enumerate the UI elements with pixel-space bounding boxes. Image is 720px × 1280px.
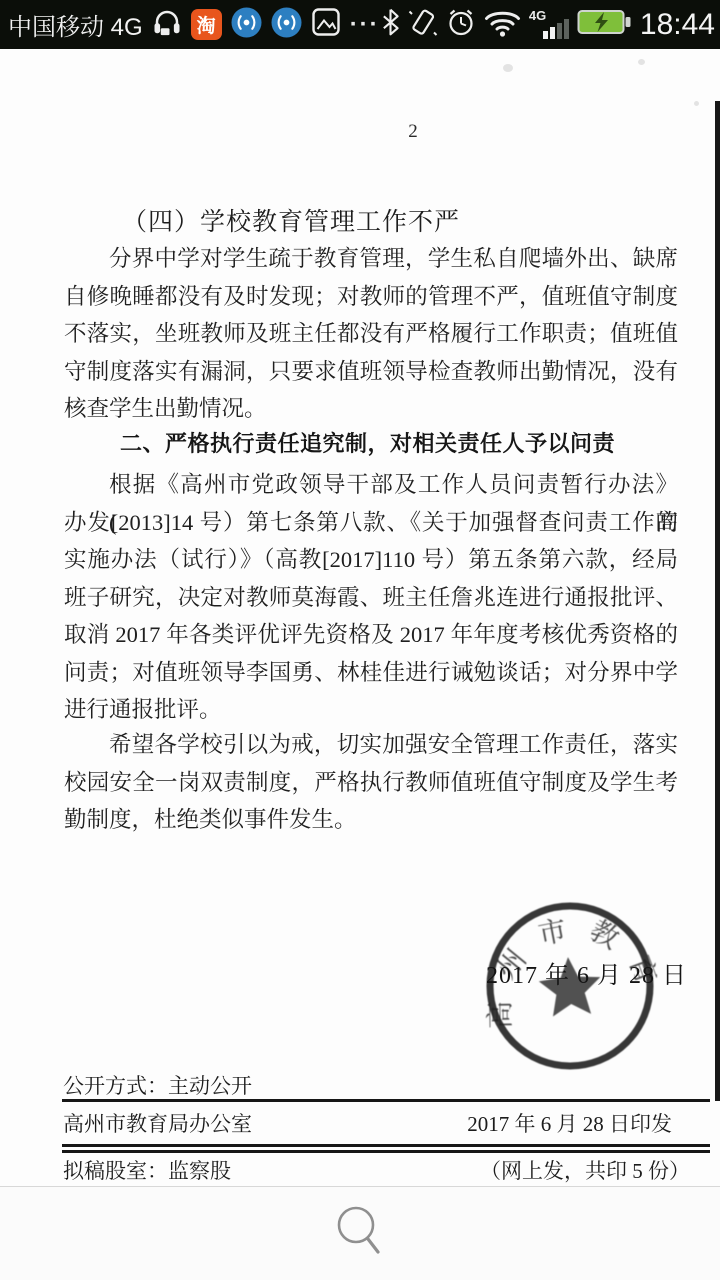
signal-bars-4g: 4G [529, 8, 569, 42]
headset-chat-icon [152, 7, 182, 42]
body-line: 希望各学校引以为戒，切实加强安全管理工作责任，落实 [64, 726, 678, 764]
scan-artifact [503, 64, 513, 72]
body-line: 分界中学对学生疏于教育管理，学生私自爬墙外出、缺席 [64, 240, 678, 278]
scan-edge-strip [715, 101, 720, 1101]
paragraph-2: 根据《高州市党政领导干部及工作人员问责暂行办法》(高 办发[2013]14 号）… [64, 466, 678, 729]
search-icon [330, 1200, 390, 1262]
hotspot-icon [271, 7, 302, 43]
vibrate-icon [408, 7, 438, 42]
body-line: 勤制度，杜绝类似事件发生。 [64, 801, 678, 839]
body-line: 实施办法（试行）》（高教[2017]110 号）第五条第六款，经局 [64, 541, 678, 579]
print-date: 2017 年 6 月 28 日印发 [467, 1108, 672, 1138]
status-bar: 中国移动 4G 淘 [0, 0, 720, 49]
paragraph-3: 希望各学校引以为戒，切实加强安全管理工作责任，落实 校园安全一岗双责制度，严格执… [64, 726, 678, 839]
scan-artifact [638, 59, 645, 65]
copies-note: （网上发，共印 5 份） [480, 1155, 690, 1185]
body-line: 校园安全一岗双责制度，严格执行教师值班值守制度及学生考 [64, 764, 678, 802]
phone-screen: 中国移动 4G 淘 [0, 0, 720, 1280]
signal-bars [543, 19, 569, 39]
body-line: 班子研究，决定对教师莫海霞、班主任詹兆连进行通报批评、 [64, 579, 678, 617]
paragraph-1: 分界中学对学生疏于教育管理，学生私自爬墙外出、缺席 自修晚睡都没有及时发现；对教… [64, 240, 678, 428]
body-line: 进行通报批评。 [64, 691, 678, 729]
hotspot-icon [231, 7, 262, 43]
body-line: 守制度落实有漏洞，只要求值班领导检查教师出勤情况，没有 [64, 353, 678, 391]
body-line: 取消 2017 年各类评优评先资格及 2017 年年度考核优秀资格的 [64, 616, 678, 654]
document-page[interactable]: 2 （四）学校教育管理工作不严 分界中学对学生疏于教育管理，学生私自爬墙外出、缺… [0, 49, 720, 1186]
search-button[interactable] [330, 1200, 390, 1262]
footer-rule [62, 1099, 710, 1102]
gallery-icon [311, 7, 341, 42]
subsection-heading: （四）学校教育管理工作不严 [122, 202, 460, 238]
body-line: 根据《高州市党政领导干部及工作人员问责暂行办法》(高 [64, 466, 678, 504]
drafting-section: 拟稿股室：监察股 [63, 1155, 231, 1185]
body-line: 自修晚睡都没有及时发现；对教师的管理不严，值班值守制度 [64, 278, 678, 316]
status-right-group: 4G 18:44 [381, 0, 715, 49]
disclosure-method: 公开方式：主动公开 [63, 1070, 252, 1100]
more-notifications-icon: ··· [350, 11, 380, 39]
issuing-office: 高州市教育局办公室 [63, 1108, 252, 1138]
body-line: 办发[2013]14 号）第七条第八款、《关于加强督查问责工作的 [64, 504, 678, 542]
taobao-app-icon: 淘 [191, 9, 222, 40]
body-line: 不落实，坐班教师及班主任都没有严格履行工作职责；值班值 [64, 315, 678, 353]
issued-date-overlay: 2017 年 6 月 28 日 [486, 955, 687, 990]
clock-time: 18:44 [640, 8, 715, 42]
wifi-icon [484, 8, 521, 42]
body-line: 问责；对值班领导李国勇、林桂佳进行诫勉谈话；对分界中学 [64, 654, 678, 692]
section-heading: 二、严格执行责任追究制，对相关责任人予以问责 [120, 427, 615, 458]
scan-artifact [694, 101, 699, 106]
taobao-glyph: 淘 [197, 11, 216, 38]
carrier-label: 中国移动 4G [8, 7, 143, 42]
bluetooth-icon [381, 8, 400, 41]
footer-double-rule [62, 1144, 710, 1153]
alarm-icon [446, 7, 476, 42]
status-left-group: 中国移动 4G 淘 [8, 0, 380, 49]
page-number-top: 2 [396, 121, 430, 143]
battery-charging-icon [577, 8, 632, 41]
bottom-bar [0, 1187, 720, 1280]
body-line: 核查学生出勤情况。 [64, 390, 678, 428]
